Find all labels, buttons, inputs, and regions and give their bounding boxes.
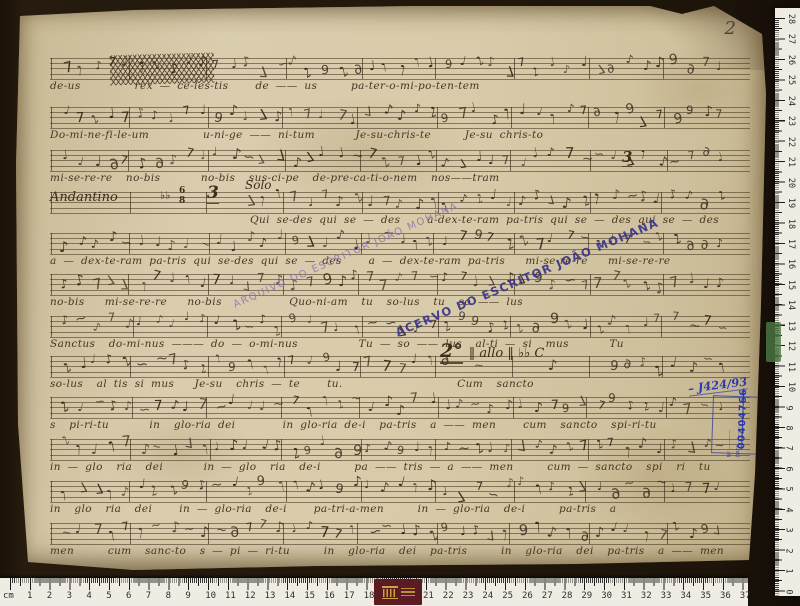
ruler-number: 11 xyxy=(786,362,796,372)
note-glyph: 7 xyxy=(685,480,694,493)
note-glyph: 7 xyxy=(257,104,268,120)
bar-line xyxy=(51,481,52,502)
note-glyph: ~ xyxy=(381,518,393,532)
bar-line xyxy=(207,316,208,337)
note-glyph: 7 xyxy=(362,355,374,370)
note-glyph: ♩ xyxy=(74,522,81,535)
note-glyph: ♪ xyxy=(273,111,283,126)
note-glyph: ♪ xyxy=(611,189,620,202)
music-staff: ♪♩♩♩7♪~♩7♩♩♪♩♩♪♪9♩99♪♪9♩♩♪~♪♩♪7♪♪♪7♪7♩♪♩… xyxy=(50,439,750,461)
ruler-number: 12 xyxy=(245,591,256,601)
note-glyph: 7 xyxy=(93,522,103,537)
note-glyph: ♩ xyxy=(332,321,339,333)
note-glyph: 9 xyxy=(699,194,710,210)
ruler-number: 9 xyxy=(185,591,190,601)
bar-line xyxy=(360,356,361,377)
note-glyph: 7 xyxy=(702,55,711,68)
bar-line xyxy=(51,107,52,128)
note-glyph: 9 xyxy=(610,484,621,499)
note-glyph: 7 xyxy=(411,270,420,283)
note-glyph: ♩ xyxy=(459,525,466,538)
section-marking: 2°‖ allo ‖ ♭♭ C xyxy=(440,340,544,362)
note-glyph: ~ xyxy=(668,155,682,170)
bar-line xyxy=(51,523,52,544)
note-glyph: 9 xyxy=(581,529,590,542)
note-glyph: 7 xyxy=(476,480,483,491)
bar-line xyxy=(284,356,285,377)
note-glyph: ♩ xyxy=(137,233,146,248)
note-glyph: 7 xyxy=(593,276,603,291)
note-glyph: ♩ xyxy=(258,192,267,206)
bar-line xyxy=(435,439,436,460)
note-glyph: ♩ xyxy=(276,229,283,242)
note-glyph: ♪ xyxy=(440,272,449,285)
section-marking-text: ‖ allo ‖ ♭♭ C xyxy=(469,346,545,361)
note-glyph: ♪ xyxy=(475,439,484,453)
lyrics-line: so-lus al tis si mus Je-su chris — te tu… xyxy=(50,378,764,390)
note-glyph: ♪ xyxy=(304,480,316,496)
note-glyph: ♪ xyxy=(286,54,297,69)
note-glyph: 9 xyxy=(686,61,696,75)
bar-line xyxy=(590,316,591,337)
ruler-number: 8 xyxy=(166,591,171,601)
note-glyph: ♪ xyxy=(167,239,177,253)
note-glyph: ♪ xyxy=(715,277,724,290)
note-glyph: ♪ xyxy=(654,280,667,297)
bar-line xyxy=(130,192,131,213)
music-staff: 7♩♩7♩7♪♪♩7♪♪♩♩♪♪♩♩♪♪7♪♪♩♪~♪♩♪♪9♪ xyxy=(50,192,750,214)
note-glyph: ♩ xyxy=(625,322,632,334)
bar-line xyxy=(357,107,358,128)
note-glyph: ♩ xyxy=(369,59,376,73)
note-glyph: ♪ xyxy=(74,273,87,290)
note-glyph: ♪ xyxy=(642,279,651,292)
note-glyph: ♪ xyxy=(335,196,344,210)
note-glyph: 7 xyxy=(76,111,85,125)
measure-number: 3 xyxy=(207,183,219,204)
note-glyph: ♩ xyxy=(76,62,84,76)
music-staff: ♪♩~♪♪~7♪♩7~♩♩♩~7♩♩♪~♩♪♪7♩♩♪~♪♪♩♪79779♪♪♩… xyxy=(50,397,750,419)
note-glyph: ♪ xyxy=(563,316,573,330)
bar-line xyxy=(51,58,52,79)
note-glyph: ♩ xyxy=(652,191,661,206)
note-glyph: ♪ xyxy=(353,476,362,490)
note-glyph: 7 xyxy=(276,146,287,162)
note-glyph: 7 xyxy=(576,476,588,492)
note-glyph: ♩ xyxy=(486,442,493,456)
note-glyph: 7 xyxy=(551,400,560,413)
note-glyph: ♩ xyxy=(246,355,255,369)
note-glyph: ♪ xyxy=(274,521,284,536)
note-glyph: ♩ xyxy=(531,146,540,160)
note-glyph: ♪ xyxy=(149,481,161,497)
note-glyph: 7 xyxy=(151,269,163,284)
ruler-number: 10 xyxy=(786,382,796,392)
note-glyph: 9 xyxy=(334,444,343,458)
note-glyph: 9 xyxy=(180,478,190,492)
note-glyph: ♩ xyxy=(167,113,175,126)
bar-line xyxy=(51,274,52,295)
note-glyph: ~ xyxy=(184,523,196,537)
note-glyph: ♪ xyxy=(383,439,394,453)
note-glyph: 9 xyxy=(550,312,559,326)
note-glyph: 9 xyxy=(531,318,540,331)
note-glyph: 7 xyxy=(548,192,556,204)
note-glyph: 7 xyxy=(121,521,130,534)
note-glyph: ♪ xyxy=(562,64,570,75)
note-glyph: ♪ xyxy=(231,147,242,163)
note-glyph: 9 xyxy=(227,361,235,373)
note-glyph: ♪ xyxy=(518,196,527,209)
note-glyph: ♪ xyxy=(168,153,178,167)
note-glyph: 7 xyxy=(257,272,266,285)
note-glyph: ♪ xyxy=(59,240,69,255)
note-glyph: ♪ xyxy=(654,362,664,377)
note-glyph: 9 xyxy=(518,523,528,538)
manuscript-page: 7♩♪7♩♩♪♪♩♪7♩♪7~♪♪9♪9♩♩♩♩♩9♩♪♪77♪♩♪♩79♪♪♪… xyxy=(14,4,770,570)
note-glyph: ~ xyxy=(242,148,257,164)
note-glyph: ♩ xyxy=(503,105,510,120)
note-glyph: 7 xyxy=(565,146,575,161)
archive-logo xyxy=(374,579,422,605)
note-glyph: ♪ xyxy=(716,238,724,250)
note-glyph: ♪ xyxy=(335,229,346,243)
note-glyph: 7 xyxy=(702,315,712,329)
note-glyph: ♪ xyxy=(140,442,150,457)
note-glyph: 9 xyxy=(700,522,710,536)
note-glyph: 7 xyxy=(154,400,163,414)
bar-line xyxy=(362,316,363,337)
bar-line xyxy=(51,356,52,377)
note-glyph: ♩ xyxy=(184,272,190,284)
note-glyph: ♩ xyxy=(213,314,221,327)
note-glyph: ♩ xyxy=(168,271,175,285)
ruler-number: 26 xyxy=(786,55,796,65)
note-glyph: ♪ xyxy=(258,313,267,326)
ruler-number: 15 xyxy=(304,591,315,601)
note-glyph: ♪ xyxy=(531,64,540,77)
note-glyph: ♪ xyxy=(475,53,485,67)
note-glyph: ♪ xyxy=(378,481,390,496)
note-glyph: ♪ xyxy=(61,433,71,446)
note-glyph: ♪ xyxy=(668,187,679,201)
note-glyph: ♩ xyxy=(411,353,418,366)
note-glyph: ♩ xyxy=(215,232,223,247)
note-glyph: ♪ xyxy=(486,321,497,336)
note-glyph: ♪ xyxy=(489,113,500,127)
note-glyph: 9 xyxy=(562,403,570,415)
note-glyph: 7 xyxy=(397,362,407,376)
bar-line xyxy=(661,192,662,213)
note-glyph: ♪ xyxy=(655,56,664,70)
note-glyph: 7 xyxy=(258,518,268,531)
note-glyph: 7 xyxy=(535,236,546,252)
note-glyph: ♩ xyxy=(459,54,467,67)
bar-line xyxy=(208,356,209,377)
note-glyph: ♩ xyxy=(581,319,589,333)
note-glyph: ♩ xyxy=(90,442,98,457)
note-glyph: ♩ xyxy=(353,323,360,335)
note-glyph: ♩ xyxy=(347,112,356,127)
note-glyph: ♩ xyxy=(90,353,97,366)
note-glyph: 7 xyxy=(683,402,694,418)
note-glyph: ~ xyxy=(486,486,500,502)
note-glyph: 7 xyxy=(321,188,331,201)
note-glyph: ♩ xyxy=(213,440,220,452)
scribble-crosshatch xyxy=(110,53,215,86)
ruler-number: 2 xyxy=(47,591,52,601)
note-glyph: ♪ xyxy=(597,322,606,334)
ruler-number: 8 xyxy=(784,425,794,430)
note-glyph: 9 xyxy=(288,312,298,325)
logo-text-lines xyxy=(401,588,415,597)
note-glyph: 7 xyxy=(291,394,300,406)
note-glyph: 9 xyxy=(334,483,344,497)
note-glyph: ♩ xyxy=(141,279,148,292)
note-glyph: ♩ xyxy=(168,317,176,329)
note-glyph: 7 xyxy=(714,109,722,121)
note-glyph: ♪ xyxy=(425,233,433,246)
note-glyph: ♪ xyxy=(596,437,604,449)
ruler-number: 5 xyxy=(784,487,794,492)
note-glyph: 7 xyxy=(197,398,208,414)
lyrics-line: mi-se-re-re no-bis no-bis sus-ci-pe de-p… xyxy=(50,172,764,184)
note-glyph: ~ xyxy=(366,316,380,332)
bar-line xyxy=(51,233,52,254)
note-glyph: ♩ xyxy=(367,195,374,210)
note-glyph: ♩ xyxy=(317,109,323,121)
ruler-number: 3 xyxy=(784,528,794,533)
ruler-number: 9 xyxy=(784,405,794,410)
ruler-number: 18 xyxy=(786,218,796,228)
note-glyph: ♪ xyxy=(505,400,514,413)
note-glyph: 7 xyxy=(701,483,711,498)
note-glyph: ♩ xyxy=(201,440,209,454)
note-glyph: ♪ xyxy=(272,323,282,337)
music-staff: ♩77♩♪♩♪♪9♪~♩♪9♩♩♪♩9♪♩♪♩♩♪♩77~♪♪♩♪♪7♩9~9~… xyxy=(50,481,750,503)
note-glyph: ♩ xyxy=(61,150,68,163)
note-glyph: ♩ xyxy=(429,392,438,407)
note-glyph: ♩ xyxy=(246,399,254,412)
ruler-number: 16 xyxy=(786,259,796,269)
ruler-number: 10 xyxy=(205,591,216,601)
note-glyph: ~ xyxy=(717,322,728,334)
bar-line xyxy=(588,107,589,128)
note-glyph: ♩ xyxy=(136,316,142,328)
note-glyph: 9 xyxy=(686,105,694,117)
note-glyph: ♪ xyxy=(638,356,648,369)
note-glyph: ♩ xyxy=(656,443,663,457)
note-glyph: 9 xyxy=(257,476,267,490)
note-glyph: ♪ xyxy=(137,156,149,172)
ruler-number: 17 xyxy=(786,239,796,249)
note-glyph: ♪ xyxy=(124,400,132,413)
note-glyph: 9 xyxy=(352,444,362,459)
ruler-number: 4 xyxy=(784,507,794,512)
bar-line xyxy=(51,150,52,171)
note-glyph: ♪ xyxy=(501,317,511,330)
note-glyph: ~ xyxy=(457,442,470,457)
note-glyph: ♩ xyxy=(212,145,218,157)
note-glyph: ♩ xyxy=(380,60,387,72)
note-glyph: ♪ xyxy=(566,440,575,453)
note-glyph: ♪ xyxy=(415,198,424,213)
note-glyph: 7 xyxy=(669,275,682,291)
note-glyph: ~ xyxy=(470,398,482,412)
note-glyph: ~ xyxy=(243,320,255,333)
bar-line xyxy=(130,523,131,544)
bar-line xyxy=(51,397,52,418)
note-glyph: ♩ xyxy=(262,362,269,375)
note-glyph: 7 xyxy=(597,399,607,412)
note-glyph: ♪ xyxy=(198,313,207,325)
note-glyph: ♪ xyxy=(306,520,314,532)
note-glyph: ♪ xyxy=(90,111,100,124)
bar-line xyxy=(286,481,287,502)
registration-stamp: Nº ————DATA ———— 00404766 xyxy=(711,395,761,455)
bar-line xyxy=(51,439,52,460)
time-signature-lower: 8 xyxy=(179,197,185,207)
note-glyph: 7 xyxy=(245,190,257,206)
note-glyph: ♪ xyxy=(471,524,482,538)
note-glyph: ~ xyxy=(136,356,149,371)
bar-line xyxy=(590,274,591,295)
note-glyph: ♪ xyxy=(292,156,302,170)
note-glyph: ♩ xyxy=(442,235,448,247)
note-glyph: ♪ xyxy=(337,62,349,78)
note-glyph: ♩ xyxy=(669,483,676,495)
note-glyph: ♪ xyxy=(547,481,556,493)
note-glyph: ♩ xyxy=(60,487,68,501)
note-glyph: 7 xyxy=(121,111,131,126)
ruler-number: 22 xyxy=(443,591,454,601)
note-glyph: 7 xyxy=(410,392,419,406)
note-glyph: 7 xyxy=(120,276,129,290)
note-glyph: ♪ xyxy=(533,402,543,416)
note-glyph: ♪ xyxy=(672,518,680,530)
note-glyph: ♩ xyxy=(274,187,281,200)
note-glyph: ~ xyxy=(151,440,162,453)
tempo-marking: Andantino xyxy=(50,190,118,205)
music-staff: ♪♩♩♪♪~~7♪♪♩9♩♩♩7♩9♩7777♩♩9~♪99♪♪♩♪~♩ xyxy=(50,356,750,378)
ruler-number: 21 xyxy=(423,591,434,601)
note-glyph: 7 xyxy=(516,437,528,454)
note-glyph: ♩ xyxy=(184,311,189,323)
note-glyph: 9 xyxy=(322,352,331,365)
note-glyph: ♪ xyxy=(135,108,146,123)
key-signature-flats: ♭♭ xyxy=(160,189,170,202)
ruler-number: 6 xyxy=(784,466,794,471)
section-marking-number: 2° xyxy=(440,340,463,364)
note-glyph: 7 xyxy=(95,480,105,494)
note-glyph: ♩ xyxy=(307,314,313,325)
music-staff: ♩♩♩97♪9♪7♩♩♪~77♪7♩♩~7♪7♩♪♪7♩♩7♩♩♪7~~♩7♩♪… xyxy=(50,150,750,172)
bar-line xyxy=(357,523,358,544)
note-glyph: ♩ xyxy=(199,276,206,289)
note-glyph: ♩ xyxy=(716,61,722,73)
note-glyph: 7 xyxy=(637,113,648,128)
note-glyph: ♪ xyxy=(637,437,648,452)
note-glyph: ♩ xyxy=(277,478,286,492)
note-glyph: ♩ xyxy=(318,435,326,449)
note-glyph: ♩ xyxy=(335,360,342,374)
note-glyph: 9 xyxy=(440,112,449,125)
note-glyph: ♩ xyxy=(231,58,238,71)
note-glyph: ♪ xyxy=(155,314,164,326)
ruler-number: 37 xyxy=(740,591,751,601)
note-glyph: ♩ xyxy=(155,236,161,249)
note-glyph: ♪ xyxy=(245,485,254,497)
ruler-number: 12 xyxy=(786,341,796,351)
bar-line xyxy=(210,439,211,460)
note-glyph: 7 xyxy=(607,437,615,449)
ruler-number: 22 xyxy=(786,137,796,147)
note-glyph: 7 xyxy=(108,311,116,323)
note-glyph: ♩ xyxy=(471,274,480,289)
note-glyph: ♪ xyxy=(78,235,88,248)
bar-line xyxy=(589,356,590,377)
note-glyph: 9 xyxy=(396,444,405,456)
note-glyph: ♪ xyxy=(150,110,159,123)
note-glyph: ♪ xyxy=(109,231,118,245)
note-glyph: 7 xyxy=(611,270,622,284)
note-glyph: ♪ xyxy=(688,362,698,377)
note-glyph: 7 xyxy=(303,107,314,121)
ruler-number: 16 xyxy=(324,591,335,601)
music-staff: ♪♪777♩7♩♩♩7♩77♪♪79♪♪77♪7~♪7♩7♪79♪~777♪♪♪… xyxy=(50,274,750,296)
bar-line xyxy=(664,439,665,460)
ruler-number: 23 xyxy=(463,591,474,601)
note-glyph: 7 xyxy=(397,156,406,169)
note-glyph: ♪ xyxy=(395,198,404,211)
note-glyph: ♩ xyxy=(427,353,434,366)
note-glyph: ♩ xyxy=(107,107,116,122)
note-glyph: 7 xyxy=(672,311,680,323)
lyrics-line: s pi-ri-tu in glo-ria dei in glo-ria de-… xyxy=(50,419,764,431)
note-glyph: 7 xyxy=(352,361,360,373)
note-glyph: 7 xyxy=(184,433,196,448)
note-glyph: ♩ xyxy=(488,155,495,168)
note-glyph: 7 xyxy=(459,271,468,283)
note-glyph: 7 xyxy=(655,108,664,120)
note-glyph: ♪ xyxy=(561,195,572,211)
note-glyph: ~ xyxy=(702,352,714,365)
note-glyph: ♩ xyxy=(396,475,406,490)
ruler-number: 24 xyxy=(482,591,493,601)
note-glyph: ~ xyxy=(699,398,711,411)
ruler-number: 19 xyxy=(786,198,796,208)
bar-line xyxy=(511,107,512,128)
note-glyph: ♩ xyxy=(79,355,88,371)
ruler-number: 2 xyxy=(784,548,794,553)
note-glyph: ~ xyxy=(211,478,224,493)
note-glyph: ♩ xyxy=(441,486,448,498)
ruler-number: 0 xyxy=(784,589,794,594)
music-staff: ~♩7♩7♩~♪~♪~977♪♩♪77♩~~♩♪♪9♩♪7♩9♩♪♩9♪♩♩♩7… xyxy=(50,523,750,545)
lyrics-line: men cum sanc-to s — pi — ri-tu in glo-ri… xyxy=(50,545,764,557)
ruler-number: 17 xyxy=(344,591,355,601)
note-glyph: ♩ xyxy=(95,155,103,170)
note-glyph: 9 xyxy=(672,112,683,127)
note-glyph: ♪ xyxy=(485,403,494,416)
note-glyph: ♪ xyxy=(547,147,556,159)
green-marker xyxy=(766,322,781,362)
note-glyph: ~ xyxy=(351,150,364,164)
note-glyph: ♪ xyxy=(60,398,70,413)
note-glyph: ♪ xyxy=(454,399,464,413)
note-glyph: ♩ xyxy=(519,102,526,117)
note-glyph: ♪ xyxy=(337,397,345,409)
